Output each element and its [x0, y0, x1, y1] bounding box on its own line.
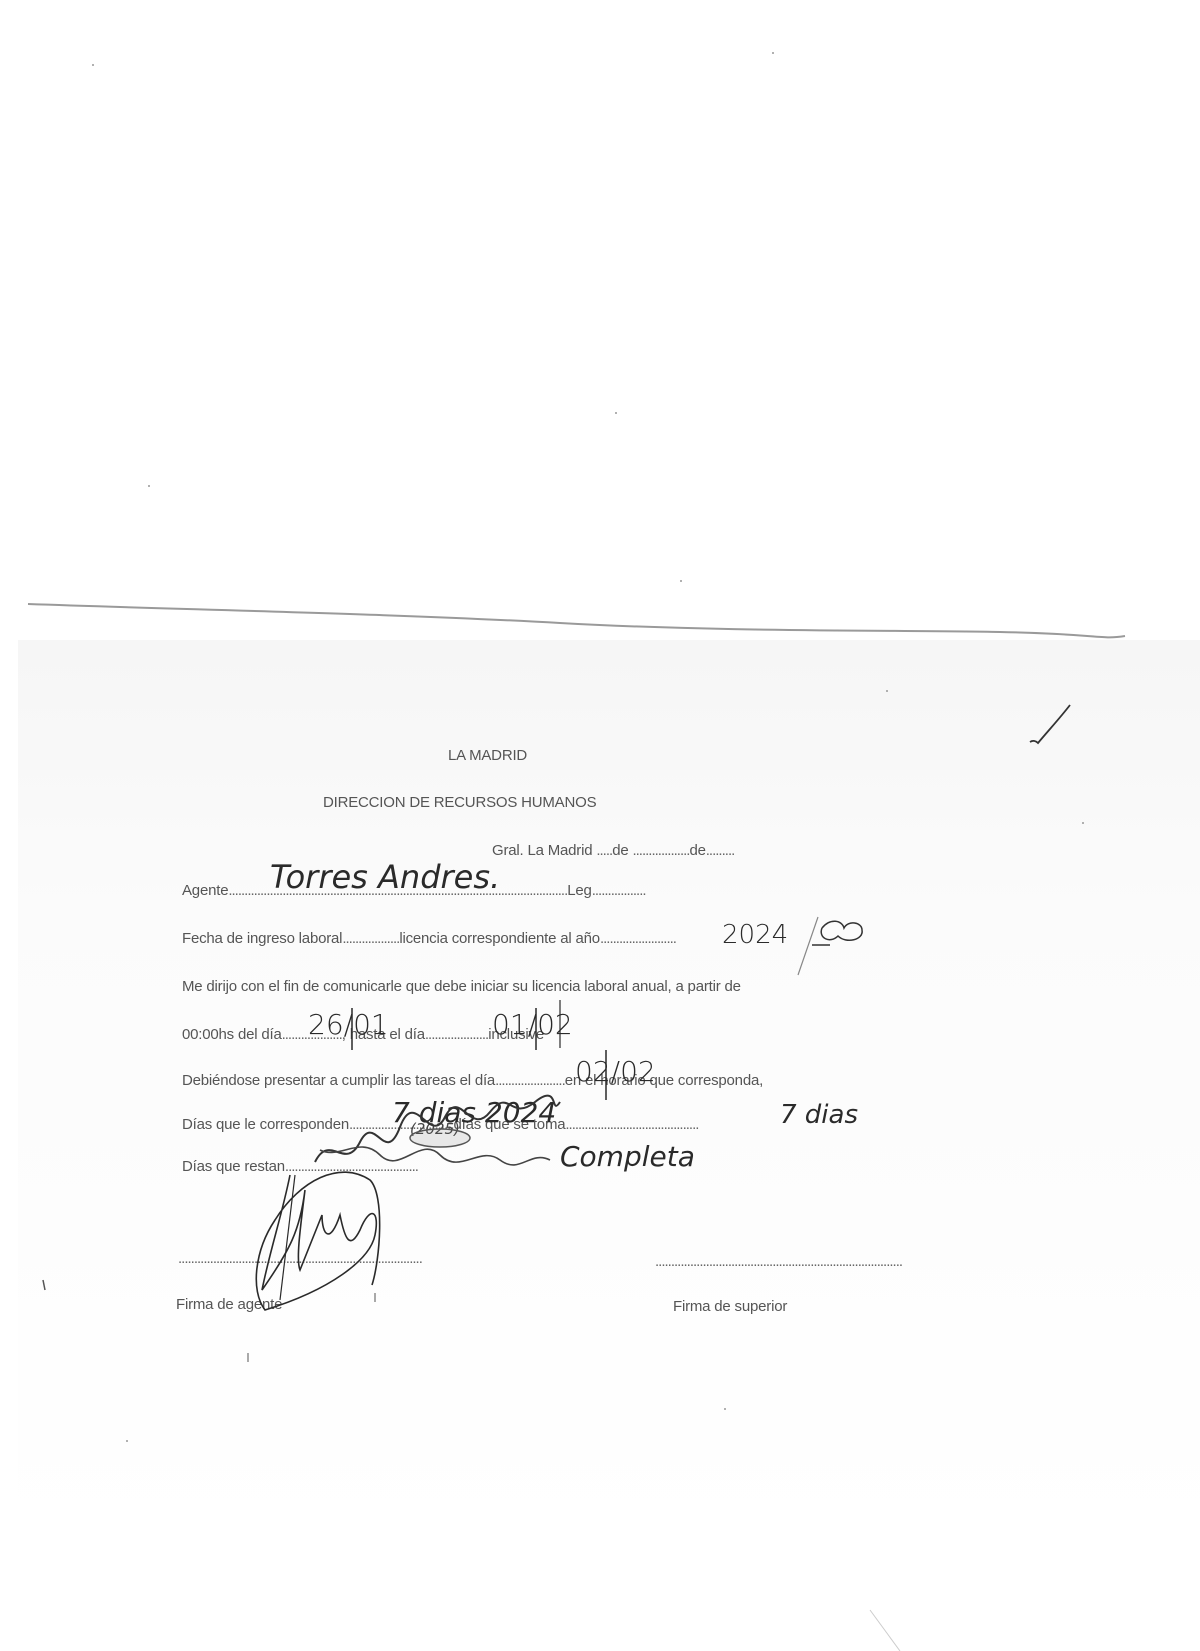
scan-speck: [148, 485, 150, 487]
scan-speck: [772, 52, 774, 54]
scan-speck: [1082, 822, 1084, 824]
scan-speck: [615, 412, 617, 414]
scan-speck: [680, 580, 682, 582]
scan-speck: [886, 690, 888, 692]
scan-speck: [92, 64, 94, 66]
scan-speck: [724, 1408, 726, 1410]
scan-speck: [126, 1440, 128, 1442]
handwriting-marks: [0, 0, 1200, 1651]
